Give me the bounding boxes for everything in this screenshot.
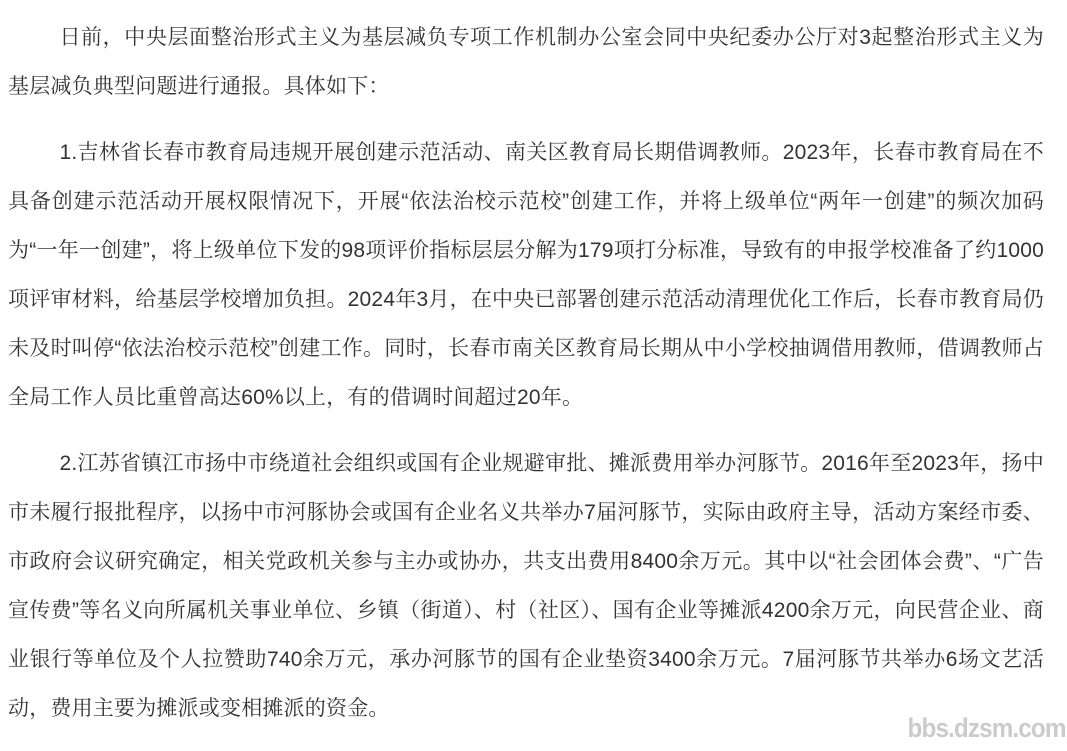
watermark: bbs.dzsm.com [908, 713, 1066, 744]
paragraph-intro: 日前，中央层面整治形式主义为基层减负专项工作机制办公室会同中央纪委办公厅对3起整… [8, 13, 1044, 111]
article-body: 日前，中央层面整治形式主义为基层减负专项工作机制办公室会同中央纪委办公厅对3起整… [0, 0, 1067, 733]
paragraph-case-2: 2.江苏省镇江市扬中市绕道社会组织或国有企业规避审批、摊派费用举办河豚节。201… [8, 439, 1044, 733]
paragraph-case-1: 1.吉林省长春市教育局违规开展创建示范活动、南关区教育局长期借调教师。2023年… [8, 128, 1044, 422]
